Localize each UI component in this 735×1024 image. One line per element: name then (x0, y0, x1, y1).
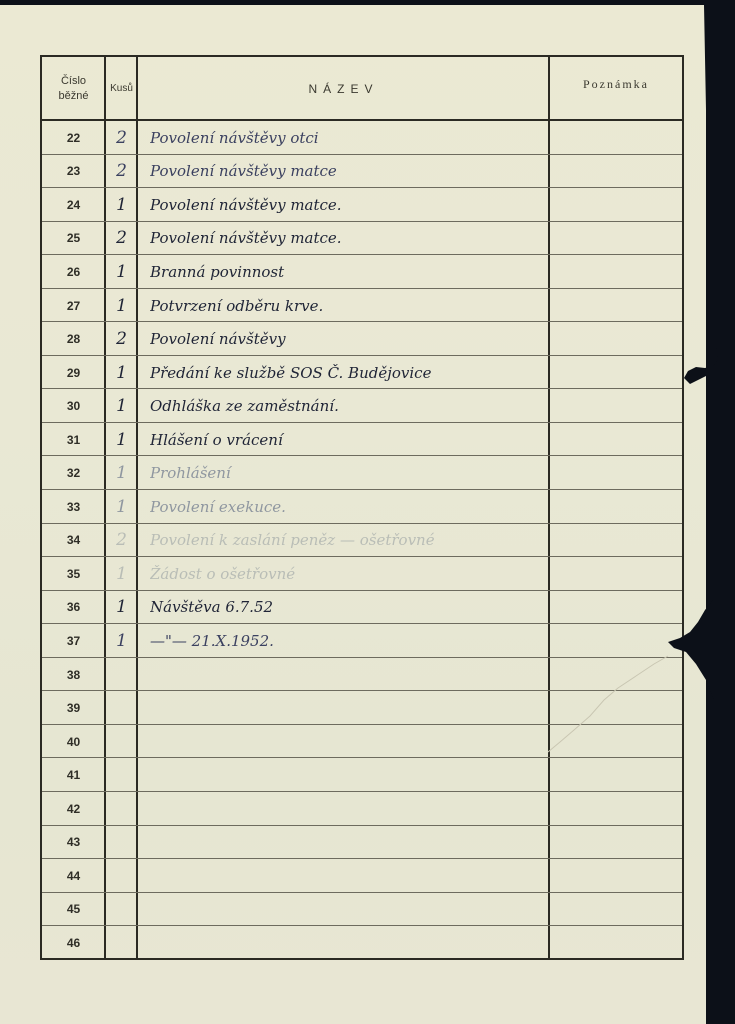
header-number: Číslo běžné (42, 57, 105, 120)
row-number: 28 (42, 322, 105, 356)
row-name-handwritten: Návštěva 6.7.52 (150, 591, 550, 625)
row-name-handwritten: Žádost o ošetřovné (150, 557, 550, 591)
row-quantity: 1 (106, 188, 137, 222)
row-name-handwritten (150, 758, 550, 792)
row-note (552, 322, 682, 356)
row-note (552, 691, 682, 725)
table-row: 43 (42, 826, 682, 860)
row-note (552, 289, 682, 323)
row-quantity: 1 (106, 356, 137, 390)
row-number: 31 (42, 423, 105, 457)
row-note (552, 725, 682, 759)
row-name-handwritten: Předání ke službě SOS Č. Budějovice (150, 356, 550, 390)
row-quantity (106, 926, 137, 960)
row-number: 29 (42, 356, 105, 390)
row-note (552, 423, 682, 457)
row-note (552, 893, 682, 927)
row-name-handwritten (150, 658, 550, 692)
row-note (552, 155, 682, 189)
row-quantity: 2 (106, 155, 137, 189)
row-note (552, 222, 682, 256)
row-note (552, 658, 682, 692)
table-row: 351Žádost o ošetřovné (42, 557, 682, 591)
table-row: 361Návštěva 6.7.52 (42, 591, 682, 625)
table-row: 46 (42, 926, 682, 960)
table-row: 282Povolení návštěvy (42, 322, 682, 356)
header-note: Poznámka (550, 57, 682, 120)
row-note (552, 490, 682, 524)
row-name-handwritten: Povolení návštěvy matce. (150, 222, 550, 256)
row-name-handwritten (150, 792, 550, 826)
row-number: 32 (42, 457, 105, 491)
row-number: 23 (42, 155, 105, 189)
table-row: 342Povolení k zaslání peněz — ošetřovné (42, 524, 682, 558)
header-name: NÁZEV (138, 57, 549, 120)
row-number: 24 (42, 188, 105, 222)
row-note (552, 524, 682, 558)
row-name-handwritten: Povolení exekuce. (150, 490, 550, 524)
table-row: 321Prohlášení (42, 457, 682, 491)
row-name-handwritten: Hlášení o vrácení (150, 423, 550, 457)
table-row: 331Povolení exekuce. (42, 490, 682, 524)
row-quantity: 2 (106, 322, 137, 356)
table-row: 42 (42, 792, 682, 826)
header-quantity: Kusů (106, 57, 137, 120)
row-name-handwritten: Povolení návštěvy otci (150, 121, 550, 155)
row-quantity (106, 691, 137, 725)
row-number: 39 (42, 691, 105, 725)
row-quantity: 1 (106, 255, 137, 289)
table-row: 38 (42, 658, 682, 692)
table-row: 371—"— 21.X.1952. (42, 624, 682, 658)
row-quantity: 1 (106, 557, 137, 591)
row-number: 34 (42, 524, 105, 558)
row-quantity (106, 893, 137, 927)
row-quantity: 2 (106, 222, 137, 256)
row-number: 25 (42, 222, 105, 256)
row-name-handwritten: Povolení návštěvy (150, 322, 550, 356)
table-row: 241Povolení návštěvy matce. (42, 188, 682, 222)
row-note (552, 389, 682, 423)
row-name-handwritten: Povolení k zaslání peněz — ošetřovné (150, 524, 550, 558)
row-quantity: 2 (106, 524, 137, 558)
row-number: 35 (42, 557, 105, 591)
row-quantity: 1 (106, 624, 137, 658)
table-row: 40 (42, 725, 682, 759)
row-name-handwritten: —"— 21.X.1952. (150, 624, 550, 658)
row-number: 38 (42, 658, 105, 692)
row-note (552, 356, 682, 390)
row-quantity: 1 (106, 423, 137, 457)
row-note (552, 624, 682, 658)
header-number-line2: běžné (59, 89, 89, 104)
row-number: 40 (42, 725, 105, 759)
row-number: 36 (42, 591, 105, 625)
table-row: 252Povolení návštěvy matce. (42, 222, 682, 256)
row-name-handwritten: Potvrzení odběru krve. (150, 289, 550, 323)
table-row: 222Povolení návštěvy otci (42, 121, 682, 155)
table-row: 291Předání ke službě SOS Č. Budějovice (42, 356, 682, 390)
row-name-handwritten: Odhláška ze zaměstnání. (150, 389, 550, 423)
row-number: 42 (42, 792, 105, 826)
row-number: 43 (42, 826, 105, 860)
table-row: 41 (42, 758, 682, 792)
table-row: 261Branná povinnost (42, 255, 682, 289)
row-quantity (106, 792, 137, 826)
row-note (552, 121, 682, 155)
row-name-handwritten: Prohlášení (150, 457, 550, 491)
row-quantity (106, 725, 137, 759)
row-quantity: 1 (106, 457, 137, 491)
table-row: 232Povolení návštěvy matce (42, 155, 682, 189)
row-quantity: 1 (106, 389, 137, 423)
row-number: 26 (42, 255, 105, 289)
table-row: 271Potvrzení odběru krve. (42, 289, 682, 323)
row-quantity: 1 (106, 490, 137, 524)
row-note (552, 457, 682, 491)
row-name-handwritten (150, 859, 550, 893)
row-name-handwritten (150, 926, 550, 960)
row-number: 30 (42, 389, 105, 423)
row-note (552, 859, 682, 893)
row-number: 27 (42, 289, 105, 323)
row-note (552, 926, 682, 960)
row-note (552, 758, 682, 792)
header-number-line1: Číslo (59, 74, 89, 89)
table-row: 44 (42, 859, 682, 893)
table-row: 45 (42, 893, 682, 927)
row-quantity (106, 758, 137, 792)
row-number: 22 (42, 121, 105, 155)
row-quantity: 1 (106, 591, 137, 625)
row-quantity: 2 (106, 121, 137, 155)
row-note (552, 792, 682, 826)
row-number: 44 (42, 859, 105, 893)
row-note (552, 826, 682, 860)
row-name-handwritten (150, 893, 550, 927)
row-number: 46 (42, 926, 105, 960)
row-name-handwritten: Povolení návštěvy matce. (150, 188, 550, 222)
row-quantity (106, 826, 137, 860)
table-row: 39 (42, 691, 682, 725)
row-note (552, 255, 682, 289)
row-name-handwritten (150, 725, 550, 759)
row-number: 41 (42, 758, 105, 792)
row-number: 37 (42, 624, 105, 658)
row-name-handwritten (150, 826, 550, 860)
row-quantity: 1 (106, 289, 137, 323)
row-note (552, 188, 682, 222)
table-row: 301Odhláška ze zaměstnání. (42, 389, 682, 423)
row-number: 45 (42, 893, 105, 927)
table-row: 311Hlášení o vrácení (42, 423, 682, 457)
row-name-handwritten: Branná povinnost (150, 255, 550, 289)
row-quantity (106, 658, 137, 692)
row-name-handwritten (150, 691, 550, 725)
row-note (552, 591, 682, 625)
row-quantity (106, 859, 137, 893)
row-note (552, 557, 682, 591)
row-number: 33 (42, 490, 105, 524)
row-name-handwritten: Povolení návštěvy matce (150, 155, 550, 189)
